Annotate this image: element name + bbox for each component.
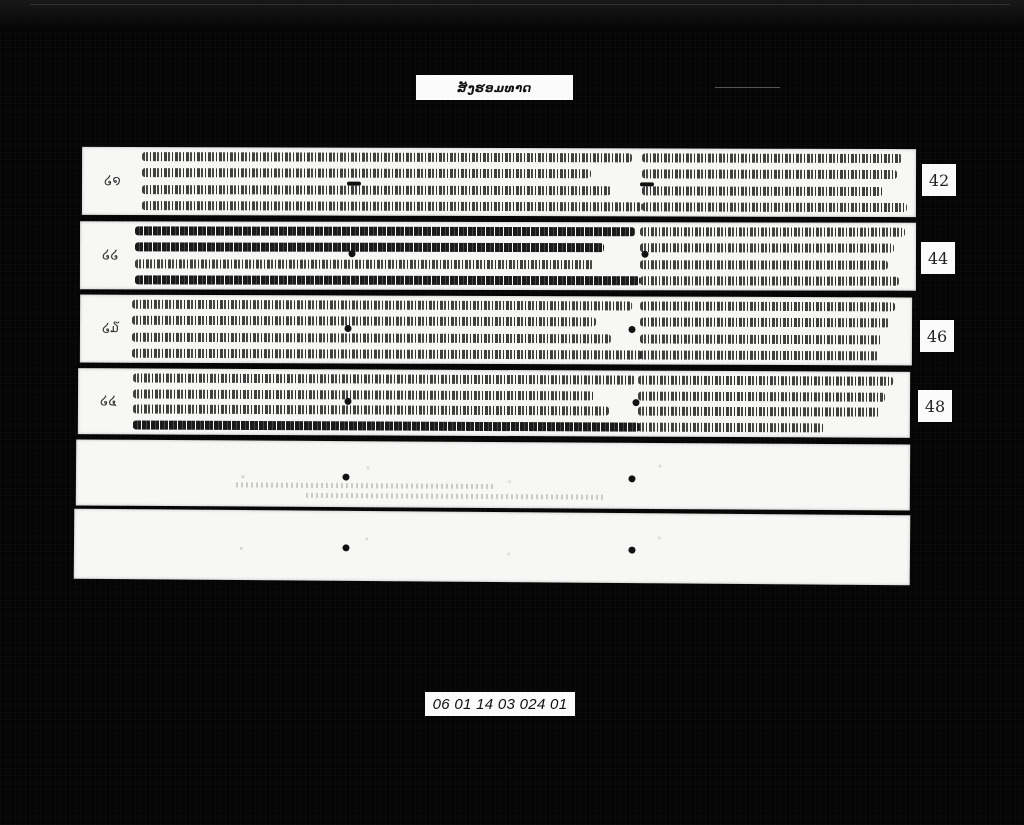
string-hole-icon bbox=[344, 398, 351, 405]
blank-manuscript-leaf bbox=[76, 439, 910, 510]
manuscript-leaf: ໒໒ bbox=[80, 221, 916, 290]
text-column bbox=[640, 227, 910, 285]
text-column bbox=[640, 302, 906, 361]
leaf-margin-numeral: ໒໔ bbox=[100, 394, 117, 409]
string-hole-icon bbox=[640, 182, 654, 186]
leaf-number-tag: 46 bbox=[920, 320, 954, 352]
string-hole-icon bbox=[632, 399, 639, 406]
manuscript-leaf: ໒໓ bbox=[80, 295, 912, 366]
title-label: ສັງຮອມທາດ bbox=[416, 75, 573, 100]
manuscript-leaf: ໒໑ bbox=[82, 147, 916, 217]
leaf-margin-numeral: ໒໒ bbox=[102, 248, 119, 263]
leaf-margin-numeral: ໒໑ bbox=[104, 173, 121, 188]
string-hole-icon bbox=[628, 326, 635, 333]
manuscript-leaf: ໒໔ bbox=[78, 368, 910, 438]
string-hole-icon bbox=[344, 325, 351, 332]
leaf-number-tag: 48 bbox=[918, 390, 952, 422]
text-column bbox=[638, 376, 904, 433]
leaf-number-tag: 42 bbox=[922, 164, 956, 196]
leaf-number-tag: 44 bbox=[921, 242, 955, 274]
string-hole-icon bbox=[628, 547, 635, 554]
string-hole-icon bbox=[342, 544, 349, 551]
string-hole-icon bbox=[342, 474, 349, 481]
text-column bbox=[132, 300, 647, 360]
reference-number-label: 06 01 14 03 024 01 bbox=[425, 692, 575, 716]
blank-manuscript-leaf bbox=[74, 509, 911, 586]
text-column bbox=[642, 153, 910, 212]
string-hole-icon bbox=[628, 475, 635, 482]
film-scratch bbox=[715, 87, 780, 88]
text-column bbox=[133, 373, 645, 431]
string-hole-icon bbox=[641, 251, 648, 258]
text-column bbox=[135, 226, 645, 285]
leaf-margin-numeral: ໒໓ bbox=[102, 321, 119, 336]
string-hole-icon bbox=[348, 250, 355, 257]
film-scratch bbox=[30, 4, 1010, 5]
text-column bbox=[142, 152, 652, 211]
string-hole-icon bbox=[347, 182, 361, 186]
